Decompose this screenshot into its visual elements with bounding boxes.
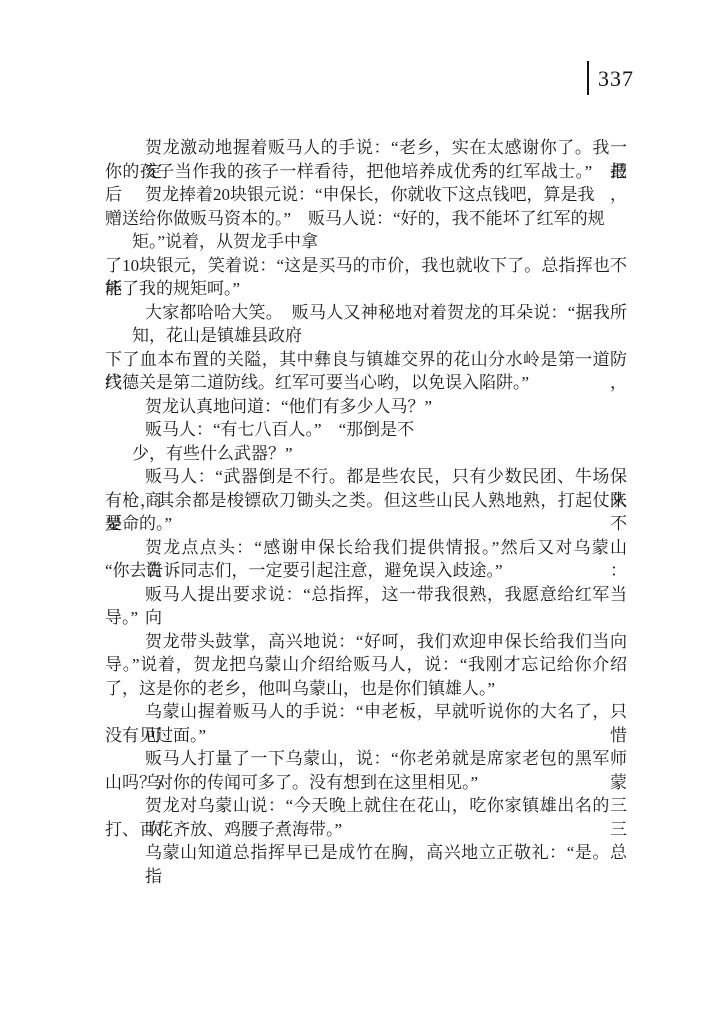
text-line: 下了血本布置的关隘，其中彝良与镇雄交界的花山分水岭是第一道防线， <box>105 348 627 372</box>
text-line: 少，有些什么武器？” <box>132 442 627 466</box>
page-number: 337 <box>598 66 634 90</box>
text-line: 导。”说着，贺龙把乌蒙山介绍给贩马人，说：“我刚才忘记给你介绍 <box>105 653 627 677</box>
text-line: 知，花山是镇雄县政府 <box>132 324 627 348</box>
text-line: 导。” <box>105 606 627 630</box>
text-line: 你的孩子当作我的孩子一样看待，把他培养成优秀的红军战士。” 最后， <box>105 160 627 184</box>
text-line: 了10块银元，笑着说：“这是买马的市价，我也就收下了。总指挥也不能 <box>105 254 627 278</box>
text-line: 贩马人打量了一下乌蒙山，说：“你老弟就是席家老包的黑军师乌蒙 <box>145 747 627 771</box>
text-line: 坏了我的规矩呵。” <box>105 277 627 301</box>
text-line: 大家都哈哈大笑。 贩马人又神秘地对着贺龙的耳朵说：“据我所 <box>145 301 627 325</box>
text-line: 贺龙捧着20块银元说：“申保长，你就收下这点钱吧，算是我 <box>145 183 627 207</box>
text-line: 贺龙点点头：“感谢申保长给我们提供情报。”然后又对乌蒙山说： <box>145 536 627 560</box>
text-line: 贩马人：“武器倒是不行。都是些农民，只有少数民团、牛场保商队 <box>145 465 627 489</box>
text-line: 乌蒙山知道总指挥早已是成竹在胸，高兴地立正敬礼：“是。总指 <box>145 841 627 865</box>
text-line: 乌蒙山握着贩马人的手说：“申老板，早就听说你的大名了，只可惜 <box>145 700 627 724</box>
text-line: 贺龙对乌蒙山说：“今天晚上就住在花山，吃你家镇雄出名的三吹三 <box>145 794 627 818</box>
text-line: 贺龙认真地问道：“他们有多少人马？” <box>145 395 627 419</box>
text-line: 贺龙激动地握着贩马人的手说：“老乡，实在太感谢你了。我一定把 <box>145 136 627 160</box>
page-number-block: 337 <box>587 60 634 96</box>
text-line: 贺龙带头鼓掌，高兴地说：“好呵，我们欢迎申保长给我们当向 <box>145 630 627 654</box>
body-text: 贺龙激动地握着贩马人的手说：“老乡，实在太感谢你了。我一定把你的孩子当作我的孩子… <box>105 136 627 865</box>
text-line: 有枪，其余都是梭镖砍刀锄头之类。但这些山民人熟地熟，打起仗来是不 <box>105 489 627 513</box>
text-line: 贩马人提出要求说：“总指挥，这一带我很熟，我愿意给红军当向 <box>145 583 627 607</box>
text-line: 贩马人：“有七八百人。” “那倒是不 <box>145 418 627 442</box>
text-line: 了，这是你的老乡，他叫乌蒙山，也是你们镇雄人。” <box>105 677 627 701</box>
text-line: 赠送给你做贩马资本的。” 贩马人说：“好的，我不能坏了红军的规 <box>105 207 627 231</box>
book-page: 337 贺龙激动地握着贩马人的手说：“老乡，实在太感谢你了。我一定把你的孩子当作… <box>0 0 715 1010</box>
text-line: 矩。”说着，从贺龙手中拿 <box>132 230 627 254</box>
page-number-divider-bar <box>587 61 589 95</box>
